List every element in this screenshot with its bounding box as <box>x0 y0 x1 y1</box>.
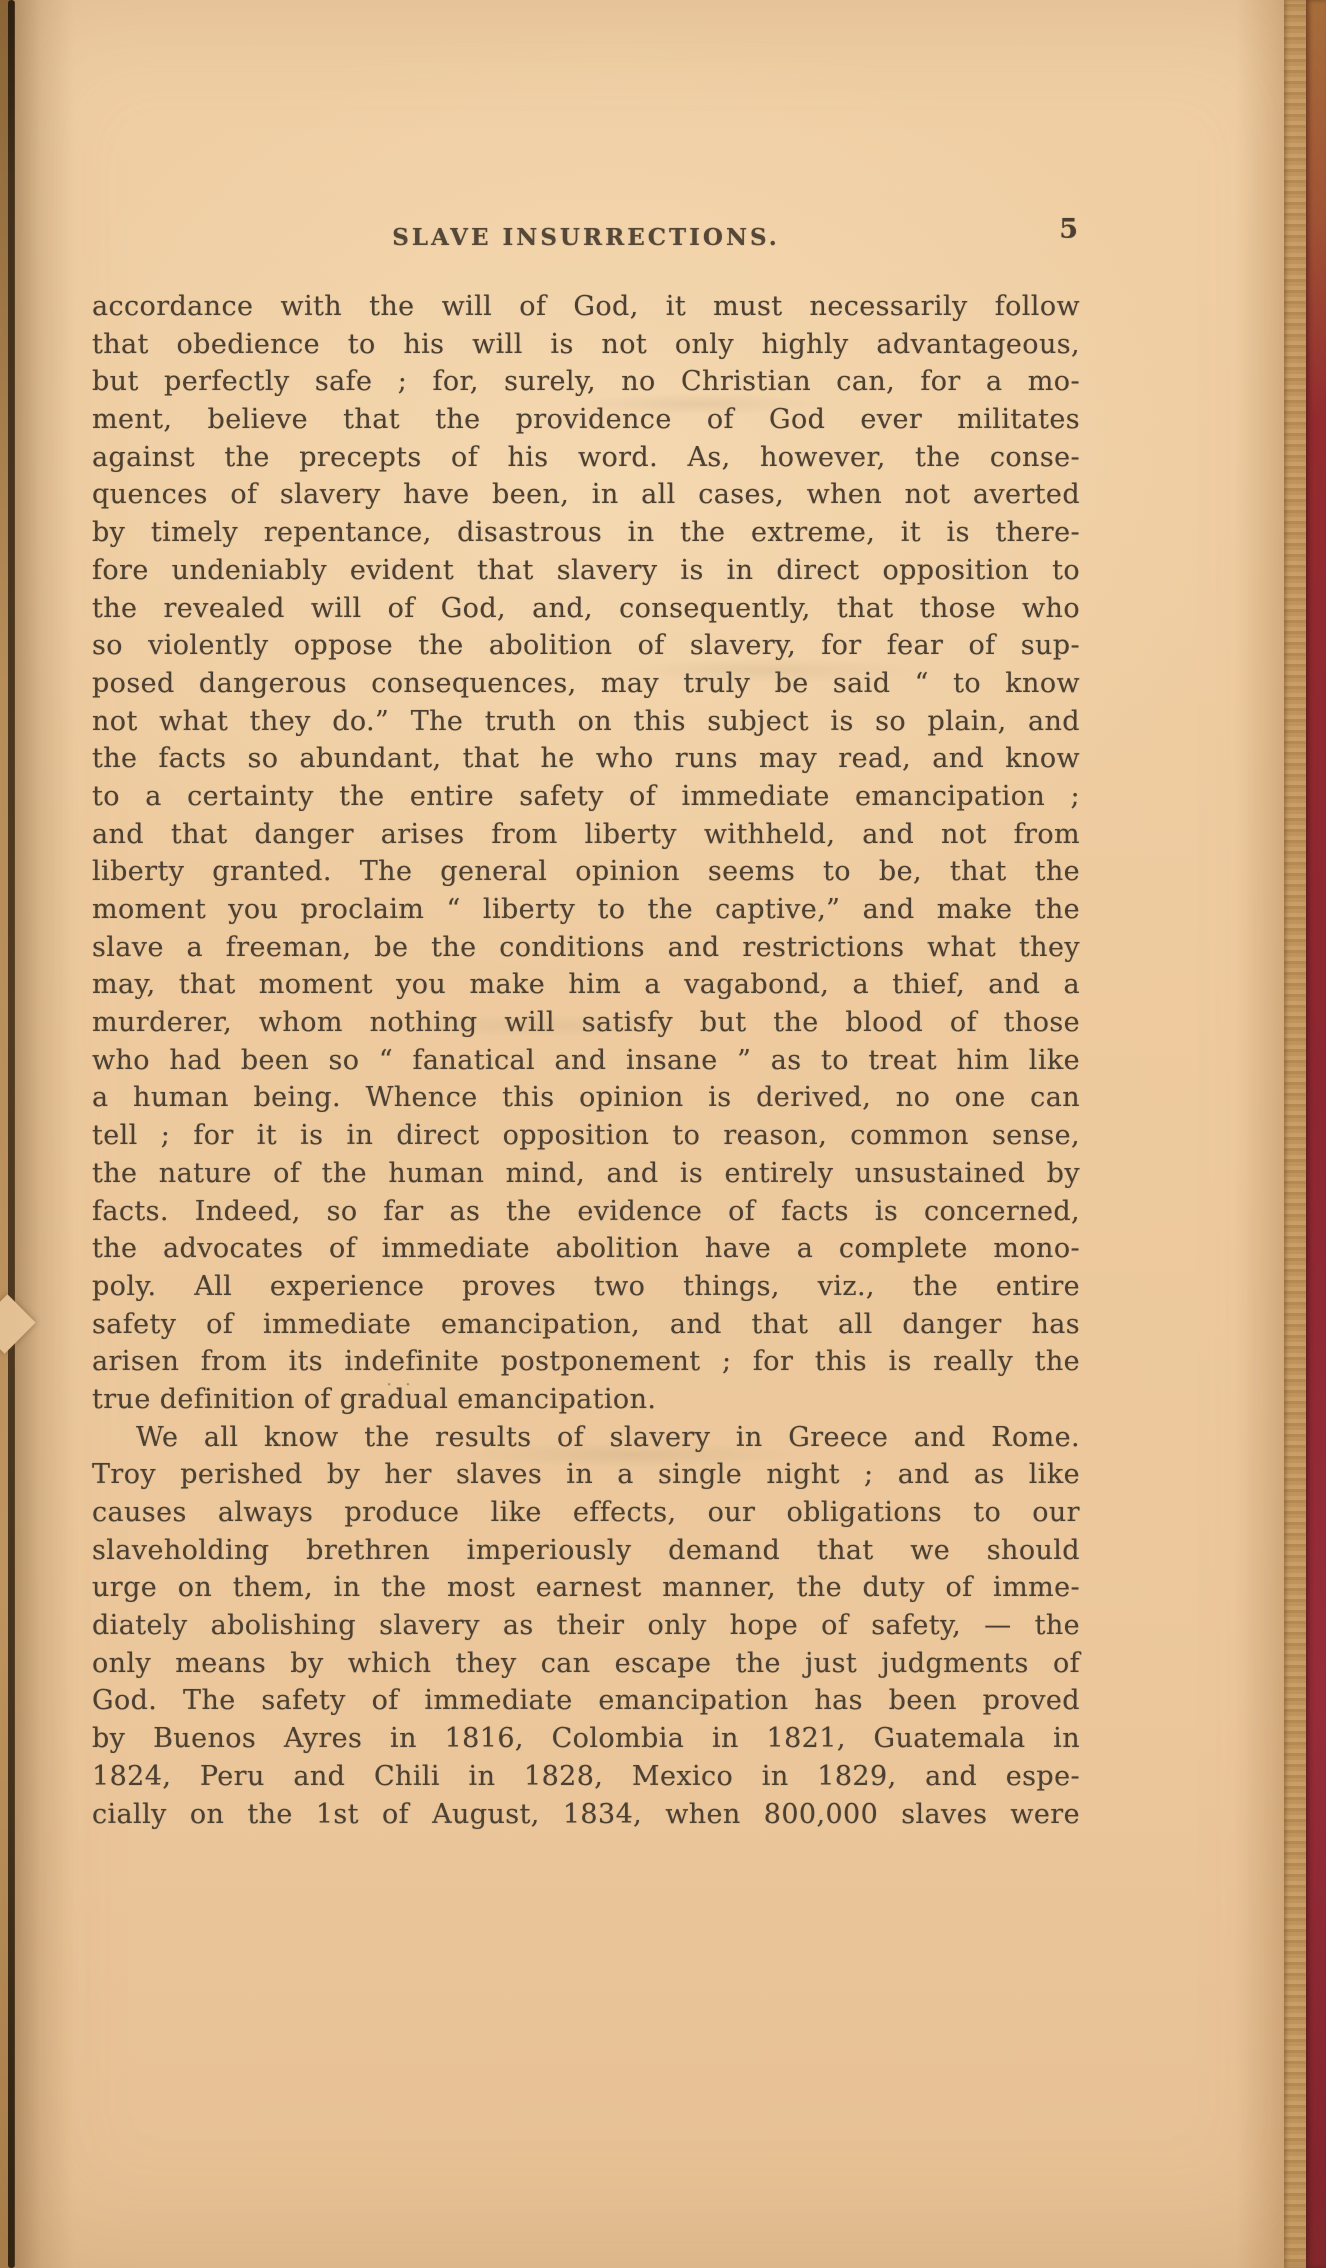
text-line: murderer, whom nothing will satisfy but … <box>92 1004 1080 1042</box>
text-line: diately abolishing slavery as their only… <box>92 1607 1080 1645</box>
gutter-inner-shadow <box>14 0 74 2268</box>
text-line: urge on them, in the most earnest manner… <box>92 1569 1080 1607</box>
text-line: posed dangerous consequences, may truly … <box>92 665 1080 703</box>
text-line: but perfectly safe ; for, surely, no Chr… <box>92 363 1080 401</box>
text-line: the advocates of immediate abolition hav… <box>92 1230 1080 1268</box>
page-stack-edge <box>1284 0 1308 2268</box>
page-edge-shadow <box>1236 0 1286 2268</box>
text-line: liberty granted. The general opinion see… <box>92 853 1080 891</box>
text-line: facts. Indeed, so far as the evidence of… <box>92 1193 1080 1231</box>
text-line: 1824, Peru and Chili in 1828, Mexico in … <box>92 1758 1080 1796</box>
text-line: cially on the 1st of August, 1834, when … <box>92 1796 1080 1834</box>
text-line: to a certainty the entire safety of imme… <box>92 778 1080 816</box>
text-line: may, that moment you make him a vagabond… <box>92 966 1080 1004</box>
text-line: moment you proclaim “ liberty to the cap… <box>92 891 1080 929</box>
text-line: tell ; for it is in direct opposition to… <box>92 1117 1080 1155</box>
text-line: arisen from its indefinite postponement … <box>92 1343 1080 1381</box>
text-line: against the precepts of his word. As, ho… <box>92 439 1080 477</box>
text-line: the revealed will of God, and, consequen… <box>92 590 1080 628</box>
text-line: the facts so abundant, that he who runs … <box>92 740 1080 778</box>
text-line: who had been so “ fanatical and insane ”… <box>92 1042 1080 1080</box>
text-line: true definition of gradual emancipation. <box>92 1381 1080 1419</box>
text-line: accordance with the will of God, it must… <box>92 288 1080 326</box>
text-line: by timely repentance, disastrous in the … <box>92 514 1080 552</box>
text-line: poly. All experience proves two things, … <box>92 1268 1080 1306</box>
text-line: Troy perished by her slaves in a single … <box>92 1456 1080 1494</box>
text-line: so violently oppose the abolition of sla… <box>92 627 1080 665</box>
text-line: only means by which they can escape the … <box>92 1645 1080 1683</box>
text-line: a human being. Whence this opinion is de… <box>92 1079 1080 1117</box>
text-line: by Buenos Ayres in 1816, Colombia in 182… <box>92 1720 1080 1758</box>
running-head: SLAVE INSURRECTIONS. 5 <box>92 220 1080 260</box>
text-line: safety of immediate emancipation, and th… <box>92 1306 1080 1344</box>
text-line: slave a freeman, be the conditions and r… <box>92 929 1080 967</box>
text-line: causes always produce like effects, our … <box>92 1494 1080 1532</box>
text-line: fore undeniably evident that slavery is … <box>92 552 1080 590</box>
book-cover-edge <box>1306 0 1326 2268</box>
text-line: quences of slavery have been, in all cas… <box>92 476 1080 514</box>
text-line: that obedience to his will is not only h… <box>92 326 1080 364</box>
text-line: the nature of the human mind, and is ent… <box>92 1155 1080 1193</box>
page-number: 5 <box>1059 214 1078 245</box>
text-line: ment, believe that the providence of God… <box>92 401 1080 439</box>
page-title: SLAVE INSURRECTIONS. <box>92 224 1080 251</box>
text-line: slaveholding brethren imperiously demand… <box>92 1532 1080 1570</box>
text-line: God. The safety of immediate emancipatio… <box>92 1682 1080 1720</box>
book-page-scan: SLAVE INSURRECTIONS. 5 accordance with t… <box>0 0 1326 2268</box>
text-line: and that danger arises from liberty with… <box>92 816 1080 854</box>
faint-pencil-mark: ·.· <box>386 1372 414 1396</box>
text-line: We all know the results of slavery in Gr… <box>92 1419 1080 1457</box>
text-line: not what they do.” The truth on this sub… <box>92 703 1080 741</box>
body-text: accordance with the will of God, it must… <box>92 288 1080 1833</box>
